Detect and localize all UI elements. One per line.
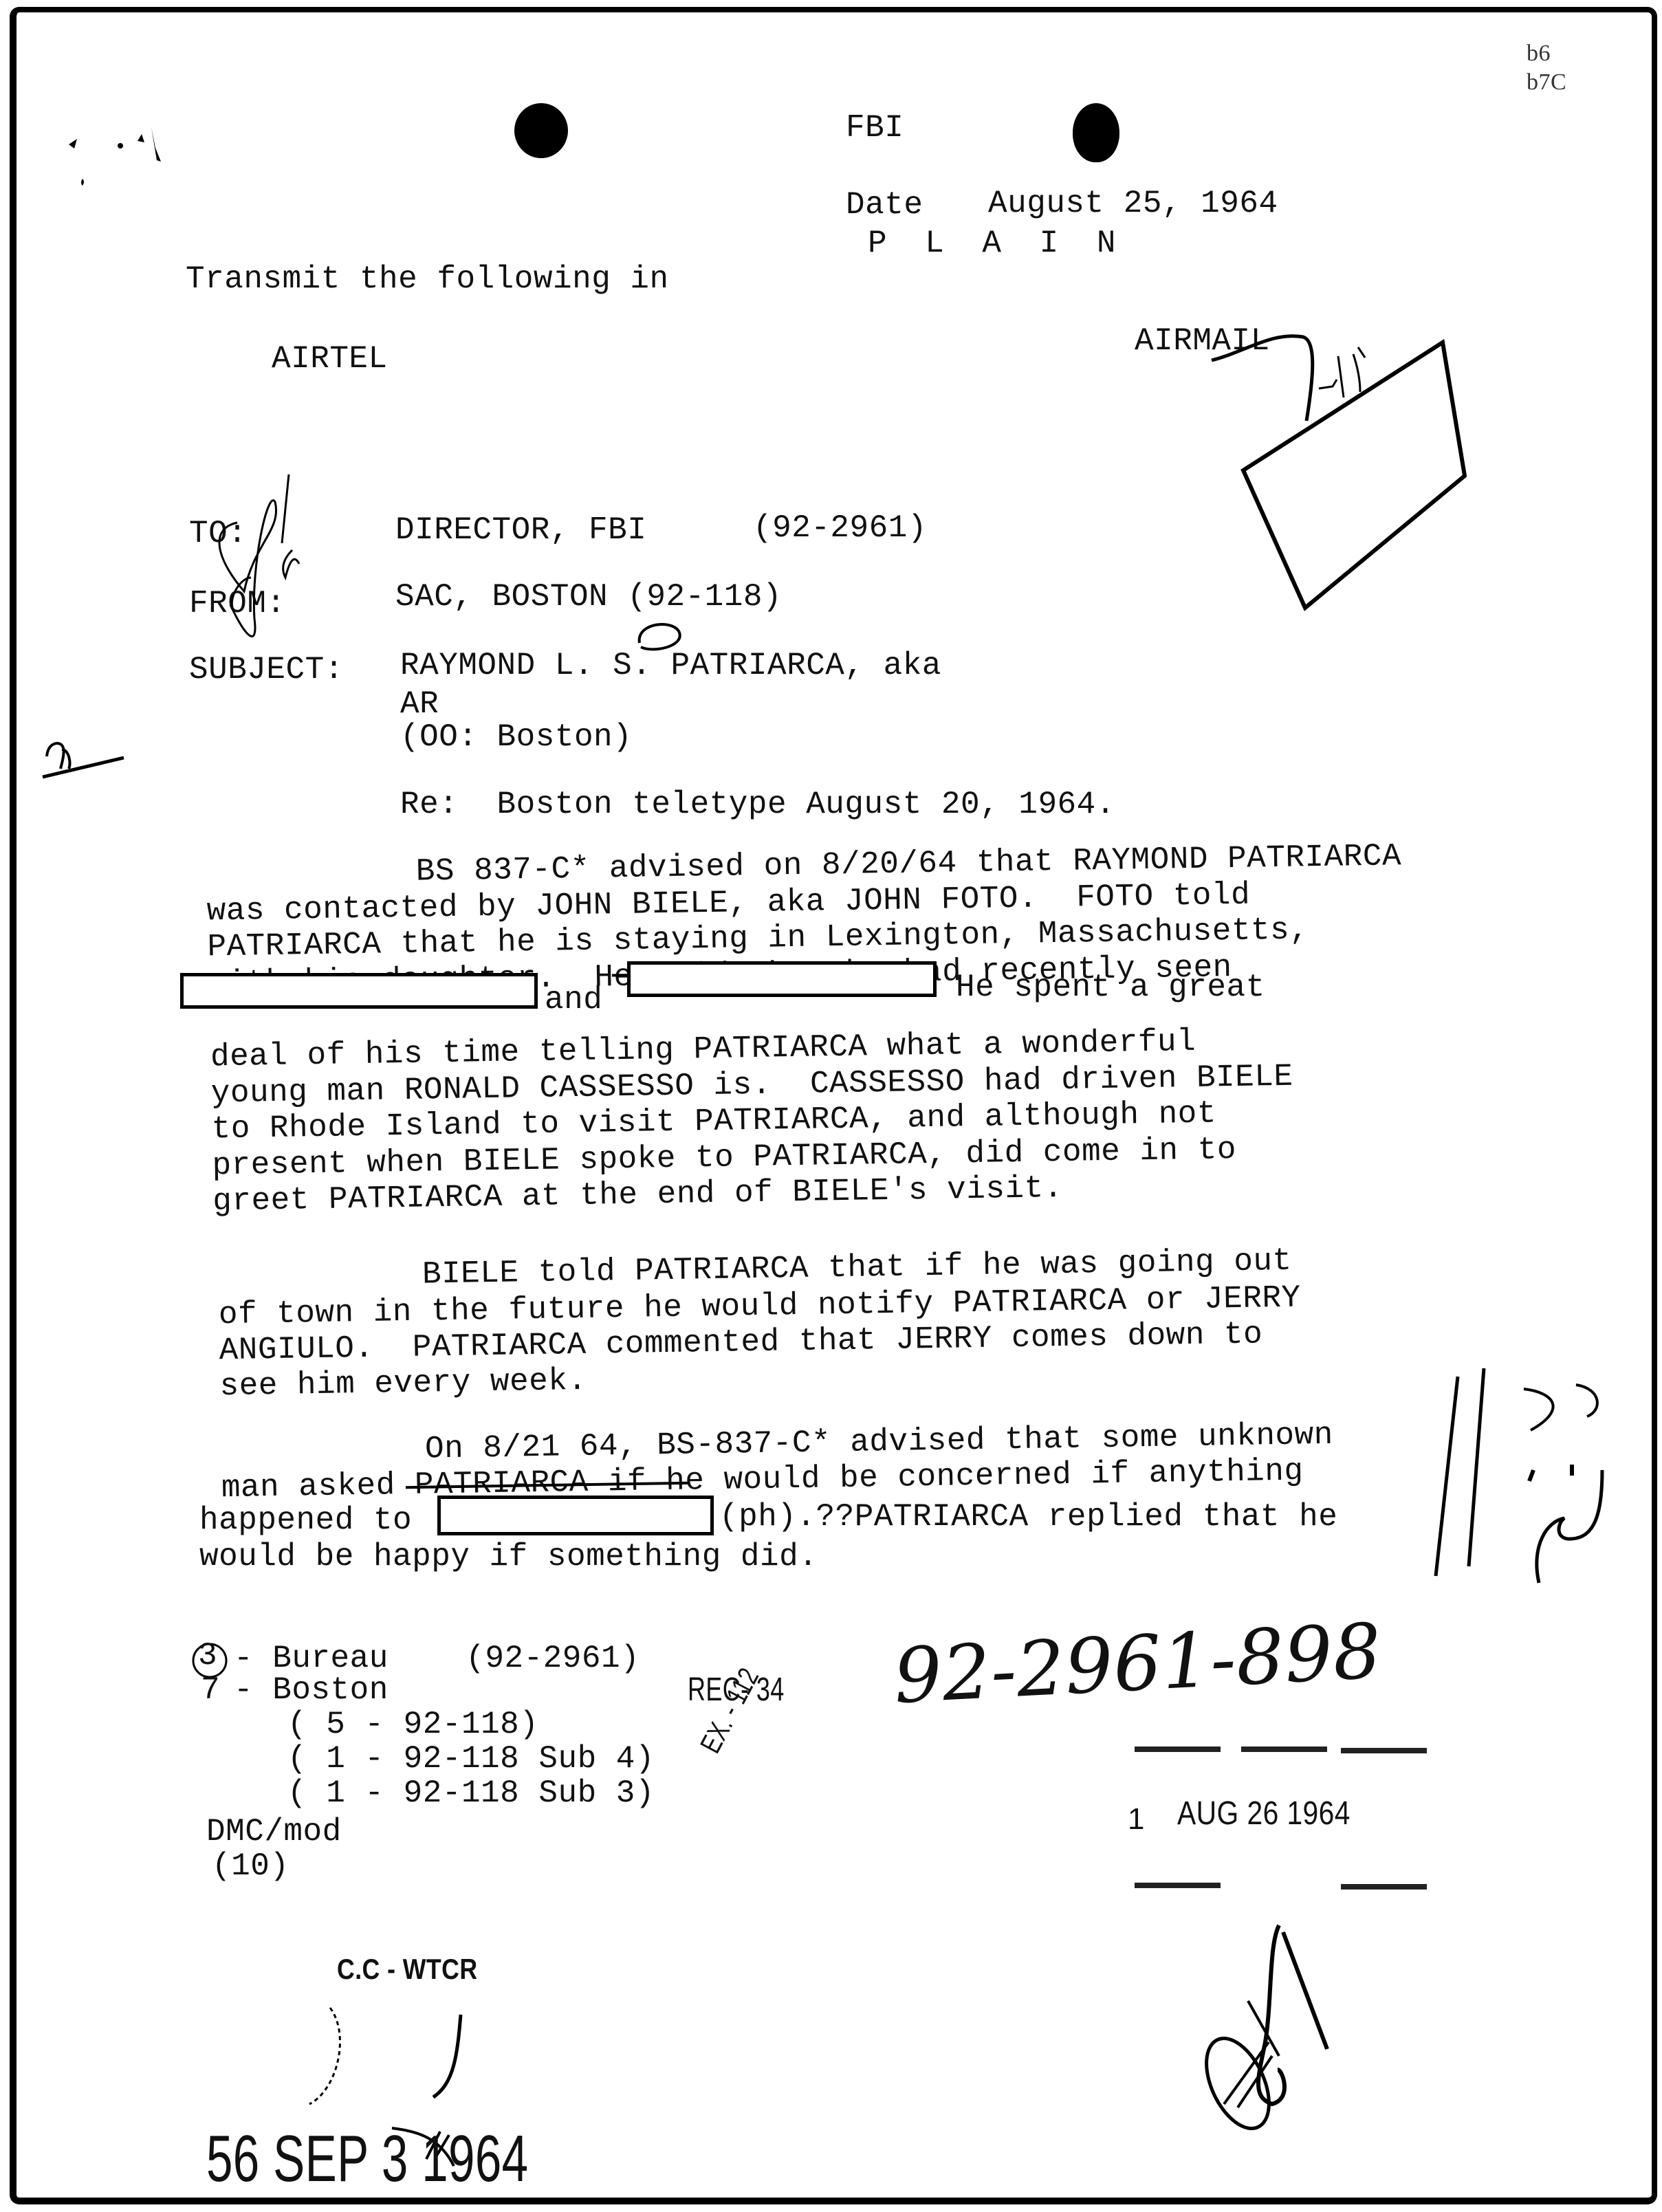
copy-total: (10) <box>212 1848 289 1884</box>
distribution-boston-sub-3: ( 1 - 92-118 Sub 3) <box>287 1775 655 1811</box>
para1-and: and <box>545 982 602 1018</box>
para2-line-4: see him every week. <box>219 1363 587 1404</box>
subject-line-3: (OO: Boston) <box>400 719 632 755</box>
stamp-line <box>1241 1746 1327 1752</box>
redaction-box <box>1243 342 1465 608</box>
distribution-boston-sub-1: ( 5 - 92-118) <box>287 1707 538 1742</box>
received-date-stamp: AUG 26 1964 <box>1177 1796 1351 1832</box>
exemption-b6: b6 <box>1527 40 1551 67</box>
received-prefix: 1 <box>1128 1802 1145 1837</box>
redaction-box <box>437 1496 714 1535</box>
subject-line-2: AR <box>400 686 439 722</box>
stamp-line <box>1135 1746 1221 1752</box>
stray-mark-icon <box>138 120 179 182</box>
para3-line-5: would be happy if something did. <box>199 1539 818 1575</box>
distribution-boston-sub-2: ( 1 - 92-118 Sub 4) <box>287 1741 655 1777</box>
transmission-method: AIRTEL <box>272 341 388 377</box>
date-value: August 25, 1964 <box>988 186 1278 221</box>
filed-date-stamp: 56 SEP 3 1964 <box>206 2125 528 2193</box>
punch-hole-left <box>514 103 568 158</box>
classification: P L A I N <box>868 226 1125 261</box>
agency-label: FBI <box>846 110 904 146</box>
circled-initial-icon <box>619 615 701 670</box>
from-value: SAC, BOSTON (92-118) <box>395 579 782 615</box>
transmit-label: Transmit the following in <box>186 261 669 297</box>
stray-mark-icon <box>41 103 124 213</box>
date-label: Date <box>846 187 923 223</box>
stamp-line <box>1341 1884 1427 1890</box>
to-value: DIRECTOR, FBI <box>395 512 646 548</box>
handwritten-signature-icon <box>186 461 323 653</box>
handwritten-initials-icon <box>1169 275 1616 722</box>
to-file-number: (92-2961) <box>753 510 927 546</box>
distribution-bureau: - Bureau (92-2961) <box>234 1641 639 1676</box>
para3-line-4: (ph).??PATRIARCA replied that he <box>719 1499 1337 1535</box>
distribution-boston: - Boston <box>234 1672 389 1708</box>
subject-label: SUBJECT: <box>189 652 344 688</box>
margin-initial-icon <box>41 736 138 791</box>
cc-stamp: C.C - WTCR <box>337 1951 478 1987</box>
redaction-box <box>627 961 937 997</box>
punch-hole-right <box>1073 103 1119 162</box>
exemption-b7c: b7C <box>1527 69 1566 96</box>
margin-notation-icon <box>1396 1361 1575 1588</box>
redaction-box <box>180 973 538 1009</box>
para3-line-3: happened to <box>199 1502 412 1538</box>
distribution-count-boston: 7 <box>201 1672 220 1708</box>
distribution-count-bureau: 3 <box>198 1638 217 1674</box>
typist-initials: DMC/mod <box>206 1814 342 1850</box>
stamp-line <box>1135 1883 1221 1888</box>
reference-line: Re: Boston teletype August 20, 1964. <box>400 787 1115 822</box>
para1-line-5: He spent a great <box>956 970 1265 1005</box>
handwritten-signature-icon <box>1196 1918 1375 2152</box>
stamp-line <box>1341 1748 1427 1753</box>
